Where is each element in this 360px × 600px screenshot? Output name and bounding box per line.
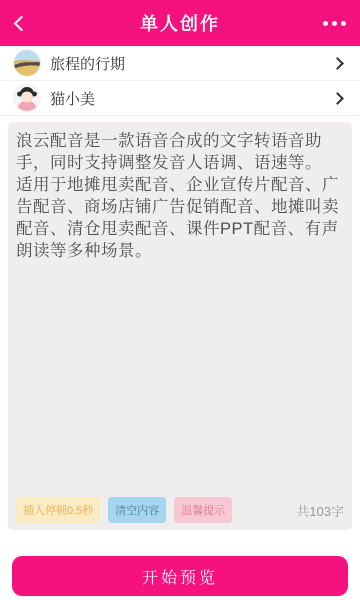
- chevron-right-icon: [331, 92, 344, 105]
- music-thumbnail-icon: [14, 50, 40, 76]
- voice-speaker-label: 猫小美: [50, 88, 333, 109]
- char-count-label: 共103字: [296, 501, 344, 520]
- back-button[interactable]: [14, 8, 44, 38]
- chevron-right-icon: [331, 57, 344, 70]
- editor-toolbar: 插入停顿0.5秒 清空内容 温馨提示 共103字: [16, 497, 344, 523]
- footer-bar: 开始预览: [0, 530, 360, 600]
- dot-icon: [341, 21, 346, 26]
- insert-pause-button[interactable]: 插入停顿0.5秒: [16, 497, 100, 523]
- start-preview-button[interactable]: 开始预览: [12, 556, 348, 596]
- clear-content-button[interactable]: 清空内容: [108, 497, 166, 523]
- tips-button[interactable]: 温馨提示: [174, 497, 232, 523]
- background-music-row[interactable]: 旅程的行期: [0, 46, 360, 81]
- dot-icon: [323, 21, 328, 26]
- background-music-label: 旅程的行期: [50, 53, 333, 74]
- chevron-left-icon: [14, 15, 30, 31]
- voice-speaker-row[interactable]: 猫小美: [0, 81, 360, 116]
- script-text-input[interactable]: 浪云配音是一款语音合成的文字转语音助手，同时支持调整发音人语调、语速等。 适用于…: [8, 122, 352, 270]
- more-options-button[interactable]: [323, 8, 346, 38]
- header-bar: 单人创作: [0, 0, 360, 46]
- script-editor-card: 浪云配音是一款语音合成的文字转语音助手，同时支持调整发音人语调、语速等。 适用于…: [8, 122, 352, 530]
- speaker-avatar: [14, 85, 40, 111]
- page-title: 单人创作: [0, 10, 360, 36]
- dot-icon: [332, 21, 337, 26]
